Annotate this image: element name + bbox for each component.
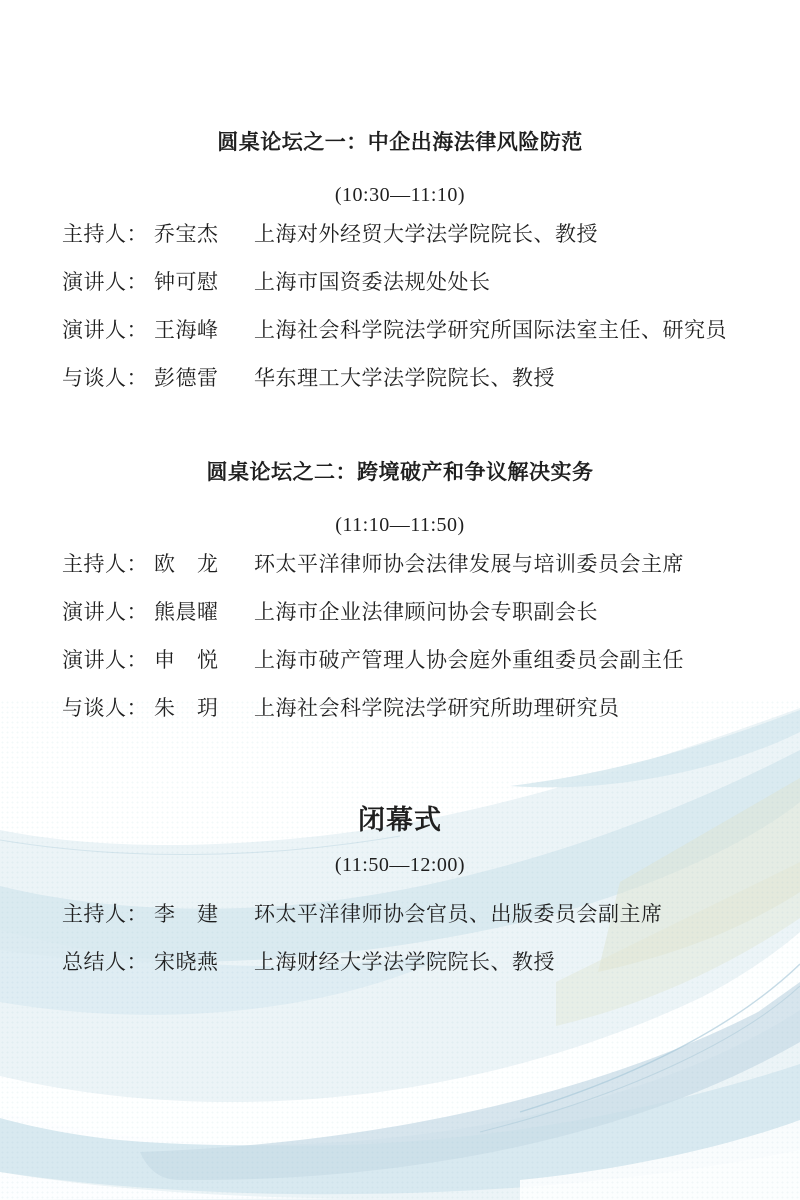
person-title: 上海市破产管理人协会庭外重组委员会副主任 (254, 648, 684, 672)
person-title: 上海对外经贸大学法学院院长、教授 (254, 222, 598, 246)
agenda-row: 与谈人：彭德雷华东理工大学法学院院长、教授 (62, 354, 738, 402)
agenda-row: 演讲人：王海峰上海社会科学院法学研究所国际法室主任、研究员 (62, 306, 738, 354)
person-title: 上海社会科学院法学研究所助理研究员 (254, 696, 620, 720)
agenda-row: 演讲人：熊晨曜上海市企业法律顾问协会专职副会长 (62, 588, 738, 636)
person-title: 上海财经大学法学院院长、教授 (254, 950, 555, 974)
person-name: 申 悦 (154, 636, 228, 684)
agenda-row: 与谈人：朱 玥上海社会科学院法学研究所助理研究员 (62, 684, 738, 732)
person-name: 乔宝杰 (154, 210, 228, 258)
role-label: 主持人： (62, 210, 154, 258)
role-label: 演讲人： (62, 588, 154, 636)
person-name: 王海峰 (154, 306, 228, 354)
section-title: 圆桌论坛之一：中企出海法律风险防范 (62, 128, 738, 158)
agenda-row: 主持人：欧 龙环太平洋律师协会法律发展与培训委员会主席 (62, 540, 738, 588)
person-title: 环太平洋律师协会官员、出版委员会副主席 (254, 902, 663, 926)
person-name: 宋晓燕 (154, 938, 228, 986)
agenda-row: 演讲人：申 悦上海市破产管理人协会庭外重组委员会副主任 (62, 636, 738, 684)
person-title: 上海市国资委法规处处长 (254, 270, 491, 294)
forum-section-2: 圆桌论坛之二：跨境破产和争议解决实务 (11:10—11:50) 主持人：欧 龙… (62, 458, 738, 732)
agenda-rows: 主持人：乔宝杰上海对外经贸大学法学院院长、教授 演讲人：钟可慰上海市国资委法规处… (62, 210, 738, 402)
session-time: (10:30—11:10) (62, 182, 738, 208)
role-label: 与谈人： (62, 354, 154, 402)
agenda-row: 演讲人：钟可慰上海市国资委法规处处长 (62, 258, 738, 306)
person-title: 华东理工大学法学院院长、教授 (254, 366, 555, 390)
person-name: 欧 龙 (154, 540, 228, 588)
session-time: (11:10—11:50) (62, 512, 738, 538)
role-label: 总结人： (62, 938, 154, 986)
agenda-rows: 主持人：欧 龙环太平洋律师协会法律发展与培训委员会主席 演讲人：熊晨曜上海市企业… (62, 540, 738, 732)
role-label: 演讲人： (62, 636, 154, 684)
person-name: 彭德雷 (154, 354, 228, 402)
person-title: 上海市企业法律顾问协会专职副会长 (254, 600, 598, 624)
role-label: 演讲人： (62, 258, 154, 306)
person-name: 李 建 (154, 890, 228, 938)
person-name: 朱 玥 (154, 684, 228, 732)
agenda-row: 总结人：宋晓燕上海财经大学法学院院长、教授 (62, 938, 738, 986)
forum-section-1: 圆桌论坛之一：中企出海法律风险防范 (10:30—11:10) 主持人：乔宝杰上… (62, 128, 738, 402)
agenda-row: 主持人：李 建环太平洋律师协会官员、出版委员会副主席 (62, 890, 738, 938)
role-label: 主持人： (62, 890, 154, 938)
closing-section: 闭幕式 (11:50—12:00) 主持人：李 建环太平洋律师协会官员、出版委员… (62, 802, 738, 986)
session-time: (11:50—12:00) (62, 852, 738, 878)
person-title: 环太平洋律师协会法律发展与培训委员会主席 (254, 552, 684, 576)
person-title: 上海社会科学院法学研究所国际法室主任、研究员 (254, 318, 727, 342)
agenda-row: 主持人：乔宝杰上海对外经贸大学法学院院长、教授 (62, 210, 738, 258)
person-name: 熊晨曜 (154, 588, 228, 636)
role-label: 演讲人： (62, 306, 154, 354)
agenda-rows: 主持人：李 建环太平洋律师协会官员、出版委员会副主席 总结人：宋晓燕上海财经大学… (62, 890, 738, 986)
section-title: 圆桌论坛之二：跨境破产和争议解决实务 (62, 458, 738, 488)
role-label: 与谈人： (62, 684, 154, 732)
person-name: 钟可慰 (154, 258, 228, 306)
role-label: 主持人： (62, 540, 154, 588)
closing-title: 闭幕式 (62, 802, 738, 838)
agenda-page: 圆桌论坛之一：中企出海法律风险防范 (10:30—11:10) 主持人：乔宝杰上… (0, 0, 800, 986)
